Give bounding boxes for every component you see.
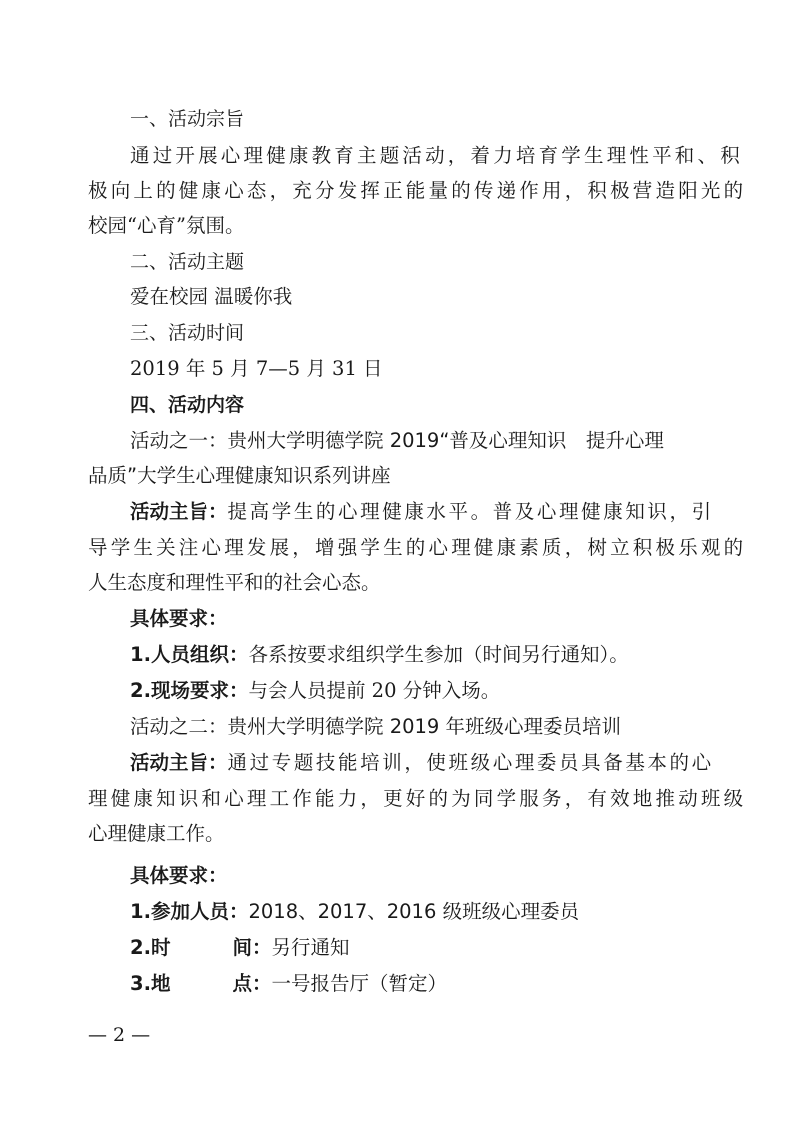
requirement-value: 各系按要求组织学生参加（时间另行通知）。 [248, 643, 628, 666]
requirement-item: 1.参加人员：2018、2017、2016 级班级心理委员 [130, 899, 579, 925]
requirement-label: 2.现场要求： [130, 679, 248, 702]
requirement-item: 1.人员组织：各系按要求组织学生参加（时间另行通知）。 [130, 642, 629, 668]
paragraph-line: 校园“心育”氛围。 [88, 213, 244, 239]
page-number: — 2 — [88, 1022, 150, 1048]
requirement-label-b: 点： [232, 972, 271, 995]
purpose-label: 活动主旨： [130, 751, 228, 774]
paragraph-line: 极向上的健康心态，充分发挥正能量的传递作用，积极营造阳光的 [88, 178, 746, 204]
paragraph-line: 导学生关注心理发展，增强学生的心理健康素质，树立积极乐观的 [88, 535, 746, 561]
requirement-value-years: 2018、2017、2016 [248, 900, 436, 923]
theme-text: 爱在校园 温暖你我 [130, 284, 292, 310]
requirement-item: 3.地点：一号报告厅（暂定） [130, 971, 447, 997]
time-text: 2019 年 5 月 7—5 月 31 日 [130, 356, 383, 382]
requirement-item: 2.现场要求：与会人员提前 20 分钟入场。 [130, 678, 500, 704]
section-heading-purpose: 一、活动宗旨 [130, 106, 244, 132]
requirement-label: 1.参加人员： [130, 900, 248, 923]
requirements-heading: 具体要求： [130, 863, 228, 889]
requirement-value: 一号报告厅（暂定） [272, 972, 448, 995]
paragraph-line: 心理健康工作。 [88, 821, 225, 847]
section-heading-theme: 二、活动主题 [130, 249, 244, 275]
purpose-text: 提高学生的心理健康水平。普及心理健康知识，引 [228, 500, 714, 523]
section-heading-content: 四、活动内容 [130, 392, 244, 418]
activity1-title-line: 品质”大学生心理健康知识系列讲座 [88, 463, 391, 489]
paragraph-line: 通过开展心理健康教育主题活动，着力培育学生理性平和、积 [130, 143, 743, 169]
paragraph-line: 理健康知识和心理工作能力，更好的为同学服务，有效地推动班级 [88, 786, 746, 812]
requirement-value: 级班级心理委员 [436, 900, 579, 923]
requirement-label-b: 间： [232, 936, 271, 959]
requirement-value: 与会人员提前 20 分钟入场。 [248, 679, 500, 702]
activity1-purpose: 活动主旨：提高学生的心理健康水平。普及心理健康知识，引 [130, 499, 714, 525]
activity2-purpose: 活动主旨：通过专题技能培训，使班级心理委员具备基本的心 [130, 750, 714, 776]
requirement-item: 2.时间：另行通知 [130, 935, 350, 961]
requirement-label-a: 2.时 [130, 936, 170, 959]
purpose-label: 活动主旨： [130, 500, 228, 523]
paragraph-line: 人生态度和理性平和的社会心态。 [88, 570, 381, 596]
purpose-text: 通过专题技能培训，使班级心理委员具备基本的心 [228, 751, 714, 774]
section-heading-time: 三、活动时间 [130, 320, 244, 346]
requirement-value: 另行通知 [272, 936, 350, 959]
requirement-label: 1.人员组织： [130, 643, 248, 666]
requirements-heading: 具体要求： [130, 606, 228, 632]
activity2-title: 活动之二：贵州大学明德学院 2019 年班级心理委员培训 [130, 714, 621, 740]
activity1-title-line: 活动之一：贵州大学明德学院 2019“普及心理知识 提升心理 [130, 428, 664, 454]
requirement-label-a: 3.地 [130, 972, 170, 995]
